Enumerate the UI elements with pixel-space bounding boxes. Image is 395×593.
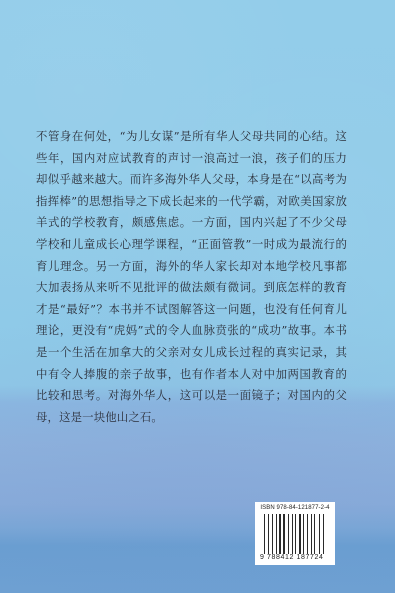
barcode-bar <box>288 514 289 554</box>
barcode-bar <box>295 514 296 554</box>
barcode-bar <box>314 514 315 554</box>
barcode-bar <box>297 514 298 554</box>
barcode-bar <box>299 514 301 554</box>
barcode-bar <box>305 514 306 554</box>
barcode-bar <box>293 514 294 554</box>
barcode-bar <box>323 514 324 554</box>
barcode-bar <box>292 514 293 554</box>
barcode-bar <box>311 514 312 554</box>
barcode-bar <box>309 514 310 554</box>
barcode-bar <box>278 514 279 554</box>
barcode-bar <box>268 514 269 554</box>
isbn-barcode: ISBN 978-84-121877-2-4 9 788412 187724 <box>255 502 335 565</box>
barcode-bar <box>266 514 267 554</box>
barcode-bar <box>283 514 285 554</box>
barcode-bar <box>319 514 320 554</box>
barcode-bar <box>303 514 304 554</box>
back-cover-blurb: 不管身在何处，“为儿女谋”是所有华人父母共同的心结。这些年，国内对应试教育的声讨… <box>36 126 347 428</box>
barcode-bar <box>282 514 283 554</box>
barcode-bar <box>269 514 271 554</box>
barcode-bar <box>321 514 322 554</box>
barcode-bar <box>279 514 280 554</box>
barcode-bar <box>302 514 303 554</box>
barcode-bar <box>290 514 291 554</box>
isbn-label: ISBN 978-84-121877-2-4 <box>259 505 331 512</box>
barcode-bars <box>264 514 326 554</box>
barcode-bar <box>274 514 275 554</box>
barcode-bar <box>307 514 308 554</box>
barcode-bar <box>313 514 314 554</box>
barcode-bar <box>264 514 265 554</box>
barcode-digits: 9 788412 187724 <box>259 554 331 562</box>
barcode-bar <box>286 514 287 554</box>
barcode-bar <box>324 514 325 554</box>
barcode-bar <box>272 514 273 554</box>
barcode-bar <box>276 514 277 554</box>
barcode-bar <box>316 514 318 554</box>
